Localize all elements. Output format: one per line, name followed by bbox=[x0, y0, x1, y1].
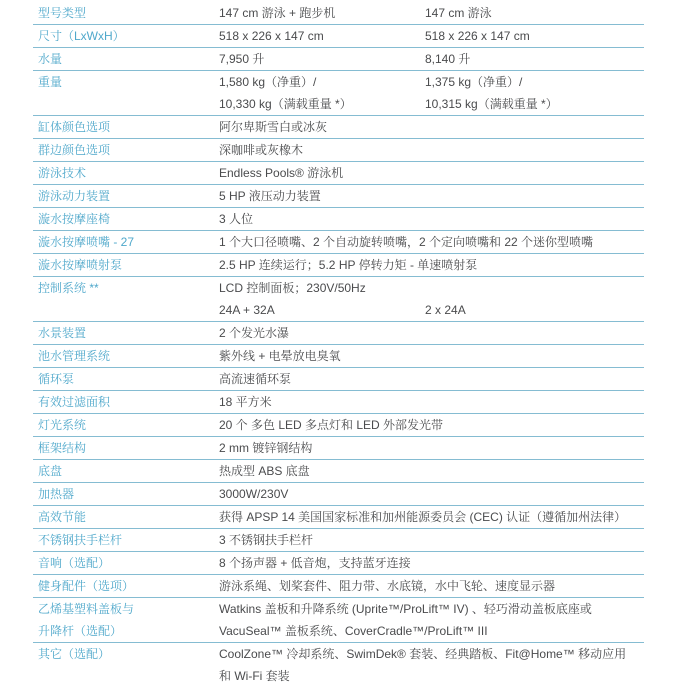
spec-label-text: 升降杆（选配） bbox=[38, 620, 219, 642]
spec-label-text: 游泳技术 bbox=[38, 162, 219, 184]
spec-value-model-2: 1,375 kg（净重）/10,315 kg（满载重量 *） bbox=[425, 71, 644, 115]
spec-value-model-2 bbox=[425, 368, 644, 390]
spec-label-text: 控制系统 ** bbox=[38, 277, 219, 299]
spec-value-model-1: 20 个 多色 LED 多点灯和 LED 外部发光带 bbox=[219, 414, 425, 436]
spec-value-text: 8 个扬声器 + 低音炮，支持蓝牙连接 bbox=[219, 552, 425, 574]
spec-label: 灯光系统 bbox=[33, 414, 219, 436]
spec-value-text: 518 x 226 x 147 cm bbox=[425, 25, 644, 47]
spec-value-model-2 bbox=[425, 437, 644, 459]
spec-value-text: 游泳系绳、划桨套件、阻力带、水底镜，水中飞轮、速度显示器 bbox=[219, 575, 425, 597]
spec-value-model-1: 高流速循环泵 bbox=[219, 368, 425, 390]
spec-value-text bbox=[425, 391, 644, 413]
spec-label: 水量 bbox=[33, 48, 219, 70]
spec-label: 有效过滤面积 bbox=[33, 391, 219, 413]
spec-label: 游泳动力装置 bbox=[33, 185, 219, 207]
spec-row: 群边颜色选项深咖啡或灰橡木 bbox=[33, 139, 644, 162]
spec-value-text: 热成型 ABS 底盘 bbox=[219, 460, 425, 482]
spec-value-model-2 bbox=[425, 483, 644, 505]
spec-row: 游泳技术Endless Pools® 游泳机 bbox=[33, 162, 644, 185]
spec-value-model-2 bbox=[425, 116, 644, 138]
spec-value-text: VacuSeal™ 盖板系统、CoverCradle™/ProLift™ III bbox=[219, 620, 425, 642]
spec-value-text bbox=[425, 552, 644, 574]
spec-row: 漩水按摩喷嘴 - 271 个大口径喷嘴、2 个自动旋转喷嘴，2 个定向喷嘴和 2… bbox=[33, 231, 644, 254]
spec-value-text: 518 x 226 x 147 cm bbox=[219, 25, 425, 47]
spec-row: 游泳动力装置5 HP 液压动力装置 bbox=[33, 185, 644, 208]
spec-value-model-2 bbox=[425, 643, 644, 687]
spec-label: 高效节能 bbox=[33, 506, 219, 528]
spec-label-text: 漩水按摩座椅 bbox=[38, 208, 219, 230]
spec-value-text bbox=[425, 116, 644, 138]
spec-label: 尺寸（LxWxH） bbox=[33, 25, 219, 47]
spec-label-text: 漩水按摩喷嘴 - 27 bbox=[38, 231, 219, 253]
spec-value-model-2: 518 x 226 x 147 cm bbox=[425, 25, 644, 47]
spec-value-text bbox=[425, 665, 644, 687]
spec-value-model-1: 2 个发光水瀑 bbox=[219, 322, 425, 344]
spec-label: 乙烯基塑料盖板与升降杆（选配） bbox=[33, 598, 219, 642]
spec-label: 漩水按摩喷射泵 bbox=[33, 254, 219, 276]
spec-value-text: 阿尔卑斯雪白或冰灰 bbox=[219, 116, 425, 138]
spec-row: 健身配件（选项）游泳系绳、划桨套件、阻力带、水底镜，水中飞轮、速度显示器 bbox=[33, 575, 644, 598]
spec-label: 缸体颜色选项 bbox=[33, 116, 219, 138]
spec-label-text: 不锈钢扶手栏杆 bbox=[38, 529, 219, 551]
spec-label: 音响（选配） bbox=[33, 552, 219, 574]
spec-label-text: 底盘 bbox=[38, 460, 219, 482]
spec-value-model-1: 3 人位 bbox=[219, 208, 425, 230]
spec-label-text: 群边颜色选项 bbox=[38, 139, 219, 161]
spec-row: 控制系统 **LCD 控制面板；230V/50Hz24A + 32A2 x 24… bbox=[33, 277, 644, 322]
spec-value-model-1: 8 个扬声器 + 低音炮，支持蓝牙连接 bbox=[219, 552, 425, 574]
spec-value-model-1: 18 平方米 bbox=[219, 391, 425, 413]
spec-value-text bbox=[425, 254, 644, 276]
spec-row: 不锈钢扶手栏杆3 不锈钢扶手栏杆 bbox=[33, 529, 644, 552]
spec-label-text: 高效节能 bbox=[38, 506, 219, 528]
spec-value-text: LCD 控制面板；230V/50Hz bbox=[219, 277, 425, 299]
spec-label-text: 有效过滤面积 bbox=[38, 391, 219, 413]
spec-row: 水量7,950 升8,140 升 bbox=[33, 48, 644, 71]
spec-value-text bbox=[425, 620, 644, 642]
spec-label-text: 灯光系统 bbox=[38, 414, 219, 436]
spec-value-text: 1 个大口径喷嘴、2 个自动旋转喷嘴，2 个定向喷嘴和 22 个迷你型喷嘴 bbox=[219, 231, 425, 253]
spec-value-model-2 bbox=[425, 139, 644, 161]
spec-value-text bbox=[425, 322, 644, 344]
spec-value-model-2 bbox=[425, 460, 644, 482]
spec-label: 重量 bbox=[33, 71, 219, 93]
spec-value-text bbox=[425, 185, 644, 207]
spec-value-text: 1,580 kg（净重）/ bbox=[219, 71, 425, 93]
spec-label: 水景装置 bbox=[33, 322, 219, 344]
spec-label-text: 水量 bbox=[38, 48, 219, 70]
spec-row: 漩水按摩座椅3 人位 bbox=[33, 208, 644, 231]
spec-value-model-1: 3000W/230V bbox=[219, 483, 425, 505]
spec-label: 加热器 bbox=[33, 483, 219, 505]
spec-value-text: 7,950 升 bbox=[219, 48, 425, 70]
spec-label-text: 框架结构 bbox=[38, 437, 219, 459]
spec-value-text: 1,375 kg（净重）/ bbox=[425, 71, 644, 93]
spec-label-text: 游泳动力装置 bbox=[38, 185, 219, 207]
spec-value-model-1: 获得 APSP 14 美国国家标准和加州能源委员会 (CEC) 认证（遵循加州法… bbox=[219, 506, 425, 528]
spec-value-text: 2 mm 镀锌钢结构 bbox=[219, 437, 425, 459]
spec-value-text: 2 个发光水瀑 bbox=[219, 322, 425, 344]
spec-label: 健身配件（选项） bbox=[33, 575, 219, 597]
spec-row: 缸体颜色选项阿尔卑斯雪白或冰灰 bbox=[33, 116, 644, 139]
spec-label: 循环泵 bbox=[33, 368, 219, 390]
spec-row: 有效过滤面积18 平方米 bbox=[33, 391, 644, 414]
spec-table: 型号类型147 cm 游泳 + 跑步机147 cm 游泳尺寸（LxWxH）518… bbox=[33, 0, 644, 687]
spec-value-text bbox=[425, 643, 644, 665]
spec-value-text bbox=[425, 208, 644, 230]
spec-value-text bbox=[425, 414, 644, 436]
spec-value-text: 和 Wi-Fi 套装 bbox=[219, 665, 425, 687]
spec-value-model-1: 2.5 HP 连续运行；5.2 HP 停转力矩 - 单速喷射泵 bbox=[219, 254, 425, 276]
spec-value-model-2 bbox=[425, 506, 644, 528]
spec-value-model-2: 2 x 24A bbox=[425, 277, 644, 321]
spec-value-model-1: 游泳系绳、划桨套件、阻力带、水底镜，水中飞轮、速度显示器 bbox=[219, 575, 425, 597]
spec-value-text: Endless Pools® 游泳机 bbox=[219, 162, 425, 184]
spec-value-text: CoolZone™ 冷却系统、SwimDek® 套装、经典踏板、Fit@Home… bbox=[219, 643, 425, 665]
spec-label-text: 池水管理系统 bbox=[38, 345, 219, 367]
spec-row: 水景装置2 个发光水瀑 bbox=[33, 322, 644, 345]
spec-value-model-2: 147 cm 游泳 bbox=[425, 2, 644, 24]
spec-value-model-1: 紫外线 + 电晕放电臭氧 bbox=[219, 345, 425, 367]
spec-label: 型号类型 bbox=[33, 2, 219, 24]
spec-label-text: 尺寸（LxWxH） bbox=[38, 25, 219, 47]
spec-value-model-1: 518 x 226 x 147 cm bbox=[219, 25, 425, 47]
spec-value-text: 20 个 多色 LED 多点灯和 LED 外部发光带 bbox=[219, 414, 425, 436]
spec-row: 尺寸（LxWxH）518 x 226 x 147 cm518 x 226 x 1… bbox=[33, 25, 644, 48]
spec-label-text: 缸体颜色选项 bbox=[38, 116, 219, 138]
spec-value-text bbox=[425, 345, 644, 367]
spec-value-model-1: CoolZone™ 冷却系统、SwimDek® 套装、经典踏板、Fit@Home… bbox=[219, 643, 425, 687]
spec-value-model-2 bbox=[425, 391, 644, 413]
spec-row: 底盘热成型 ABS 底盘 bbox=[33, 460, 644, 483]
spec-value-model-2 bbox=[425, 322, 644, 344]
spec-value-text: 18 平方米 bbox=[219, 391, 425, 413]
spec-value-text: Watkins 盖板和升降系统 (Uprite™/ProLift™ IV) 、轻… bbox=[219, 598, 425, 620]
spec-sheet-page: 型号类型147 cm 游泳 + 跑步机147 cm 游泳尺寸（LxWxH）518… bbox=[0, 0, 700, 700]
spec-value-model-1: Watkins 盖板和升降系统 (Uprite™/ProLift™ IV) 、轻… bbox=[219, 598, 425, 642]
spec-value-model-1: 147 cm 游泳 + 跑步机 bbox=[219, 2, 425, 24]
spec-row: 重量1,580 kg（净重）/10,330 kg（满载重量 *）1,375 kg… bbox=[33, 71, 644, 116]
spec-value-text bbox=[425, 277, 644, 299]
spec-label: 漩水按摩座椅 bbox=[33, 208, 219, 230]
spec-label-text: 循环泵 bbox=[38, 368, 219, 390]
spec-label-text: 其它（选配） bbox=[38, 643, 219, 665]
spec-row: 其它（选配）CoolZone™ 冷却系统、SwimDek® 套装、经典踏板、Fi… bbox=[33, 643, 644, 687]
spec-value-model-2 bbox=[425, 345, 644, 367]
spec-label: 底盘 bbox=[33, 460, 219, 482]
spec-value-text bbox=[425, 460, 644, 482]
spec-value-model-1: 1 个大口径喷嘴、2 个自动旋转喷嘴，2 个定向喷嘴和 22 个迷你型喷嘴 bbox=[219, 231, 425, 253]
spec-row: 加热器3000W/230V bbox=[33, 483, 644, 506]
spec-value-model-2 bbox=[425, 208, 644, 230]
spec-value-text: 24A + 32A bbox=[219, 299, 425, 321]
spec-value-text: 147 cm 游泳 bbox=[425, 2, 644, 24]
spec-value-text: 获得 APSP 14 美国国家标准和加州能源委员会 (CEC) 认证（遵循加州法… bbox=[219, 506, 425, 528]
spec-value-model-2 bbox=[425, 231, 644, 253]
spec-value-model-1: Endless Pools® 游泳机 bbox=[219, 162, 425, 184]
spec-value-model-1: LCD 控制面板；230V/50Hz24A + 32A bbox=[219, 277, 425, 321]
spec-value-model-1: 5 HP 液压动力装置 bbox=[219, 185, 425, 207]
spec-label-text: 健身配件（选项） bbox=[38, 575, 219, 597]
spec-label-text: 加热器 bbox=[38, 483, 219, 505]
spec-value-model-2 bbox=[425, 575, 644, 597]
spec-value-text: 5 HP 液压动力装置 bbox=[219, 185, 425, 207]
spec-value-text bbox=[425, 483, 644, 505]
spec-value-model-2 bbox=[425, 162, 644, 184]
spec-value-model-1: 热成型 ABS 底盘 bbox=[219, 460, 425, 482]
spec-value-text bbox=[425, 506, 644, 528]
spec-label: 漩水按摩喷嘴 - 27 bbox=[33, 231, 219, 253]
spec-value-text: 紫外线 + 电晕放电臭氧 bbox=[219, 345, 425, 367]
spec-row: 乙烯基塑料盖板与升降杆（选配）Watkins 盖板和升降系统 (Uprite™/… bbox=[33, 598, 644, 643]
spec-row: 音响（选配）8 个扬声器 + 低音炮，支持蓝牙连接 bbox=[33, 552, 644, 575]
spec-value-text: 147 cm 游泳 + 跑步机 bbox=[219, 2, 425, 24]
spec-value-model-2 bbox=[425, 529, 644, 551]
spec-label-text: 型号类型 bbox=[38, 2, 219, 24]
spec-value-model-1: 2 mm 镀锌钢结构 bbox=[219, 437, 425, 459]
spec-value-model-2 bbox=[425, 414, 644, 436]
spec-label: 群边颜色选项 bbox=[33, 139, 219, 161]
spec-row: 漩水按摩喷射泵2.5 HP 连续运行；5.2 HP 停转力矩 - 单速喷射泵 bbox=[33, 254, 644, 277]
spec-label-text: 重量 bbox=[38, 71, 219, 93]
spec-value-model-1: 1,580 kg（净重）/10,330 kg（满载重量 *） bbox=[219, 71, 425, 115]
spec-value-text: 2.5 HP 连续运行；5.2 HP 停转力矩 - 单速喷射泵 bbox=[219, 254, 425, 276]
spec-label: 控制系统 ** bbox=[33, 277, 219, 299]
spec-row: 循环泵高流速循环泵 bbox=[33, 368, 644, 391]
spec-label-text: 乙烯基塑料盖板与 bbox=[38, 598, 219, 620]
spec-value-model-2 bbox=[425, 185, 644, 207]
spec-value-text: 2 x 24A bbox=[425, 299, 644, 321]
spec-label: 不锈钢扶手栏杆 bbox=[33, 529, 219, 551]
spec-label-text: 水景装置 bbox=[38, 322, 219, 344]
spec-value-model-2 bbox=[425, 552, 644, 574]
spec-value-text: 深咖啡或灰橡木 bbox=[219, 139, 425, 161]
spec-value-model-2: 8,140 升 bbox=[425, 48, 644, 70]
spec-value-text bbox=[425, 162, 644, 184]
spec-row: 池水管理系统紫外线 + 电晕放电臭氧 bbox=[33, 345, 644, 368]
spec-value-text bbox=[425, 598, 644, 620]
spec-value-text bbox=[425, 575, 644, 597]
spec-label: 其它（选配） bbox=[33, 643, 219, 665]
spec-value-text: 3 人位 bbox=[219, 208, 425, 230]
spec-value-text: 8,140 升 bbox=[425, 48, 644, 70]
spec-value-text bbox=[425, 231, 644, 253]
spec-value-text bbox=[425, 368, 644, 390]
spec-label: 游泳技术 bbox=[33, 162, 219, 184]
spec-label: 池水管理系统 bbox=[33, 345, 219, 367]
spec-row: 型号类型147 cm 游泳 + 跑步机147 cm 游泳 bbox=[33, 2, 644, 25]
spec-value-model-2 bbox=[425, 254, 644, 276]
spec-label: 框架结构 bbox=[33, 437, 219, 459]
spec-value-model-2 bbox=[425, 598, 644, 642]
spec-row: 高效节能获得 APSP 14 美国国家标准和加州能源委员会 (CEC) 认证（遵… bbox=[33, 506, 644, 529]
spec-value-text: 10,315 kg（满载重量 *） bbox=[425, 93, 644, 115]
spec-value-text: 10,330 kg（满载重量 *） bbox=[219, 93, 425, 115]
spec-label-text: 音响（选配） bbox=[38, 552, 219, 574]
spec-row: 灯光系统20 个 多色 LED 多点灯和 LED 外部发光带 bbox=[33, 414, 644, 437]
spec-value-model-1: 阿尔卑斯雪白或冰灰 bbox=[219, 116, 425, 138]
spec-value-text: 3 不锈钢扶手栏杆 bbox=[219, 529, 425, 551]
spec-value-text: 3000W/230V bbox=[219, 483, 425, 505]
spec-value-text: 高流速循环泵 bbox=[219, 368, 425, 390]
spec-value-text bbox=[425, 529, 644, 551]
spec-row: 框架结构2 mm 镀锌钢结构 bbox=[33, 437, 644, 460]
spec-value-model-1: 7,950 升 bbox=[219, 48, 425, 70]
spec-value-text bbox=[425, 437, 644, 459]
spec-value-model-1: 深咖啡或灰橡木 bbox=[219, 139, 425, 161]
spec-value-text bbox=[425, 139, 644, 161]
spec-label-text: 漩水按摩喷射泵 bbox=[38, 254, 219, 276]
spec-value-model-1: 3 不锈钢扶手栏杆 bbox=[219, 529, 425, 551]
